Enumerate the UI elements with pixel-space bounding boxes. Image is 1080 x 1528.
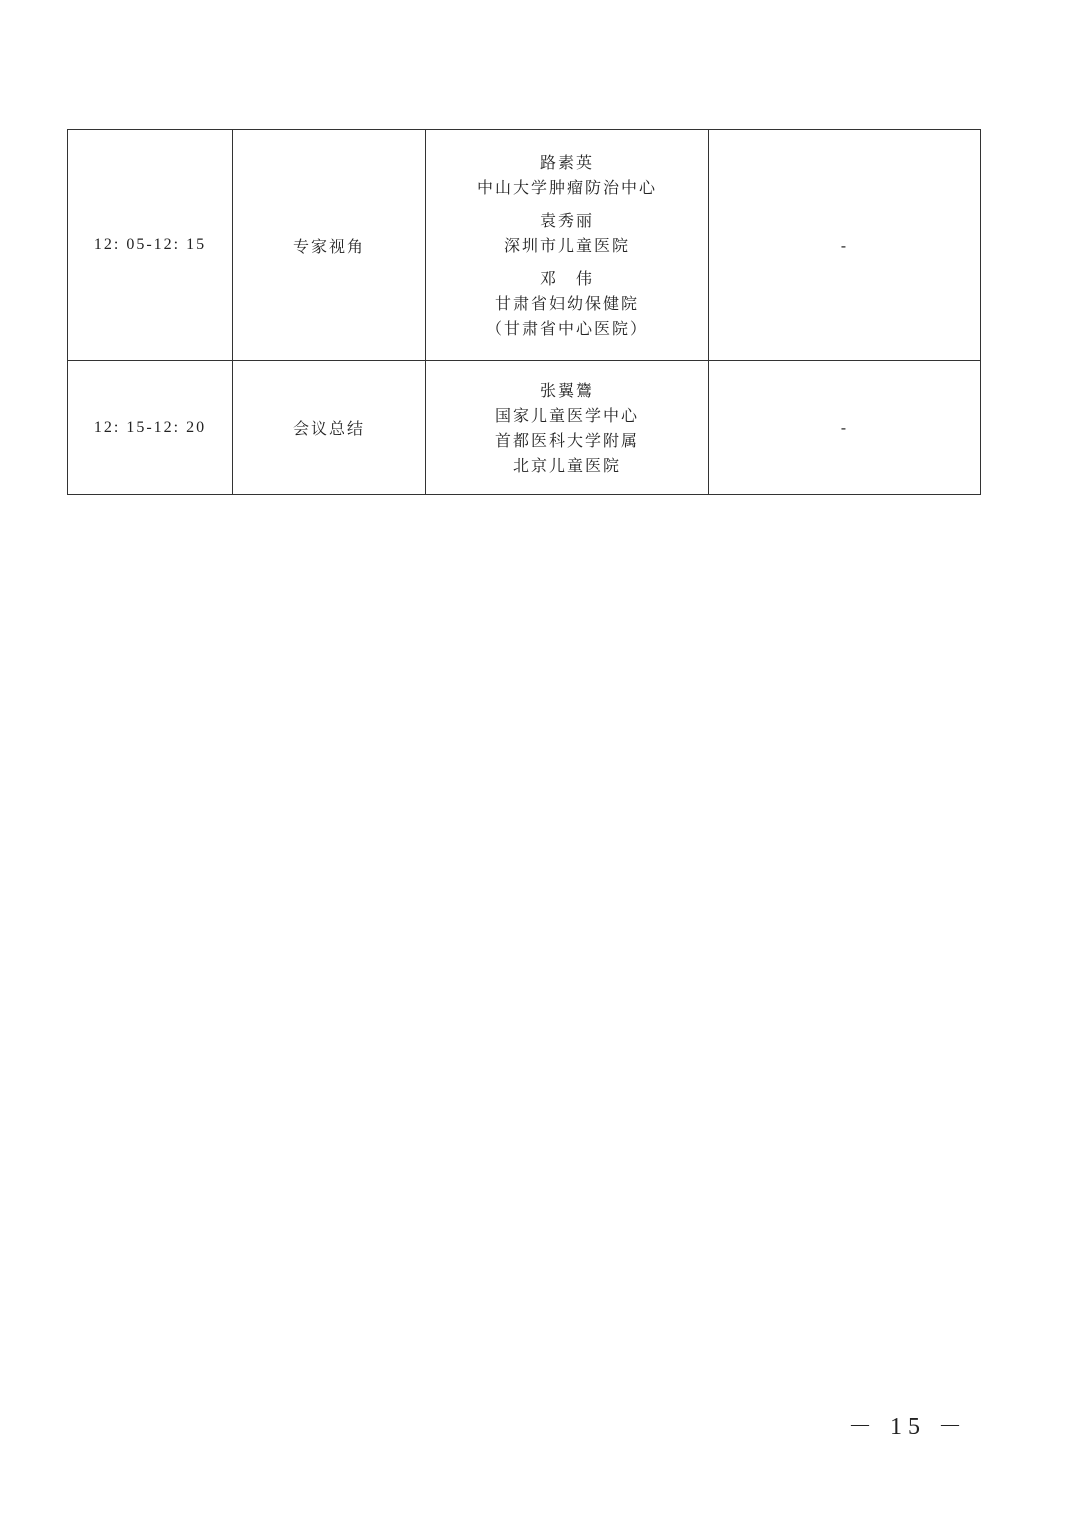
speaker-org: （甘肃省中心医院） [426, 316, 708, 341]
note-cell: - [709, 361, 981, 495]
time-cell: 12: 15-12: 20 [68, 361, 233, 495]
speaker-cell: 张翼鷟 国家儿童医学中心 首都医科大学附属 北京儿童医院 [426, 361, 709, 495]
table-row: 12: 05-12: 15 专家视角 路素英 中山大学肿瘤防治中心 袁秀丽 深圳… [68, 130, 981, 361]
table-row: 12: 15-12: 20 会议总结 张翼鷟 国家儿童医学中心 首都医科大学附属… [68, 361, 981, 495]
speaker-name: 邓 伟 [426, 266, 708, 291]
speaker-name: 路素英 [426, 150, 708, 175]
speaker: 邓 伟 甘肃省妇幼保健院 （甘肃省中心医院） [426, 266, 708, 341]
speaker: 路素英 中山大学肿瘤防治中心 [426, 150, 708, 200]
speaker-org: 甘肃省妇幼保健院 [426, 291, 708, 316]
speaker-name: 袁秀丽 [426, 208, 708, 233]
speaker-name: 张翼鷟 [426, 378, 708, 403]
speaker-org: 中山大学肿瘤防治中心 [426, 175, 708, 200]
note-cell: - [709, 130, 981, 361]
page-number: － 15 － [848, 1406, 968, 1441]
speaker-org: 国家儿童医学中心 [426, 403, 708, 428]
speaker-org: 首都医科大学附属 [426, 428, 708, 453]
time-cell: 12: 05-12: 15 [68, 130, 233, 361]
speaker: 张翼鷟 国家儿童医学中心 首都医科大学附属 北京儿童医院 [426, 378, 708, 478]
speaker: 袁秀丽 深圳市儿童医院 [426, 208, 708, 258]
schedule-table: 12: 05-12: 15 专家视角 路素英 中山大学肿瘤防治中心 袁秀丽 深圳… [67, 129, 981, 495]
speaker-org: 北京儿童医院 [426, 453, 708, 478]
speaker-cell: 路素英 中山大学肿瘤防治中心 袁秀丽 深圳市儿童医院 邓 伟 甘肃省妇幼保健院 … [426, 130, 709, 361]
topic-cell: 专家视角 [233, 130, 426, 361]
speaker-org: 深圳市儿童医院 [426, 233, 708, 258]
topic-cell: 会议总结 [233, 361, 426, 495]
